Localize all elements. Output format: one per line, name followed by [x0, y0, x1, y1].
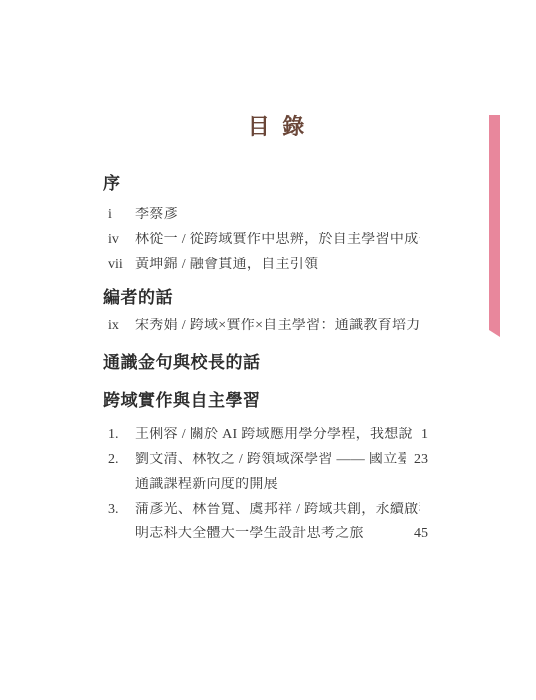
entry-text: 劉文清、林牧之 / 跨領域深學習 —— 國立臺灣大學 [135, 452, 406, 467]
entry-label: 2. [103, 452, 135, 467]
entry-label: iv [103, 232, 135, 247]
entry-label: vii [103, 257, 135, 272]
entry-page: 1 [413, 427, 428, 442]
entry-text: 通識課程新向度的開展 [135, 477, 420, 492]
entry-page: 23 [406, 452, 428, 467]
toc-entry: 3. 蒲彥光、林晉寬、虞邦祥 / 跨域共創，永續啟程— [103, 502, 428, 517]
entry-text: 王俐容 / 關於 AI 跨域應用學分學程，我想說的是…… [135, 427, 413, 442]
entry-text: 李蔡彥 [135, 207, 420, 222]
entry-text: 黃坤錦 / 融會貫通，自主引領 [135, 257, 420, 272]
toc-entry: i 李蔡彥 [103, 207, 428, 222]
page-title: 目 錄 [103, 115, 449, 138]
toc-entry-continuation: 明志科大全體大一學生設計思考之旅 45 [103, 526, 428, 541]
entry-label: 3. [103, 502, 135, 517]
toc-entry: 2. 劉文清、林牧之 / 跨領域深學習 —— 國立臺灣大學 23 [103, 452, 428, 467]
toc-entry: ix 宋秀娟 / 跨域×實作×自主學習：通識教育培力未來之路 [103, 318, 428, 333]
toc-entry: vii 黃坤錦 / 融會貫通，自主引領 [103, 257, 428, 272]
toc-entry-continuation: 通識課程新向度的開展 [103, 477, 428, 492]
entry-text: 宋秀娟 / 跨域×實作×自主學習：通識教育培力未來之路 [135, 318, 420, 333]
section-heading-quotes: 通識金句與校長的話 [103, 354, 449, 371]
entry-label: ix [103, 318, 135, 333]
section-heading-preface: 序 [103, 175, 449, 192]
accent-ribbon [489, 115, 500, 337]
section-heading-editors-note: 編者的話 [103, 289, 449, 306]
toc-entry: iv 林從一 / 從跨域實作中思辨，於自主學習中成長 [103, 232, 428, 247]
entry-text: 明志科大全體大一學生設計思考之旅 [135, 526, 406, 541]
entry-text: 蒲彥光、林晉寬、虞邦祥 / 跨域共創，永續啟程— [135, 502, 420, 517]
entry-text: 林從一 / 從跨域實作中思辨，於自主學習中成長 [135, 232, 420, 247]
entry-label: i [103, 207, 135, 222]
entry-label: 1. [103, 427, 135, 442]
toc-entry: 1. 王俐容 / 關於 AI 跨域應用學分學程，我想說的是…… 1 [103, 427, 428, 442]
section-heading-interdisciplinary: 跨域實作與自主學習 [103, 392, 449, 409]
toc-page: 目 錄 序 i 李蔡彥 iv 林從一 / 從跨域實作中思辨，於自主學習中成長 v… [0, 0, 536, 700]
entry-page: 45 [406, 526, 428, 541]
